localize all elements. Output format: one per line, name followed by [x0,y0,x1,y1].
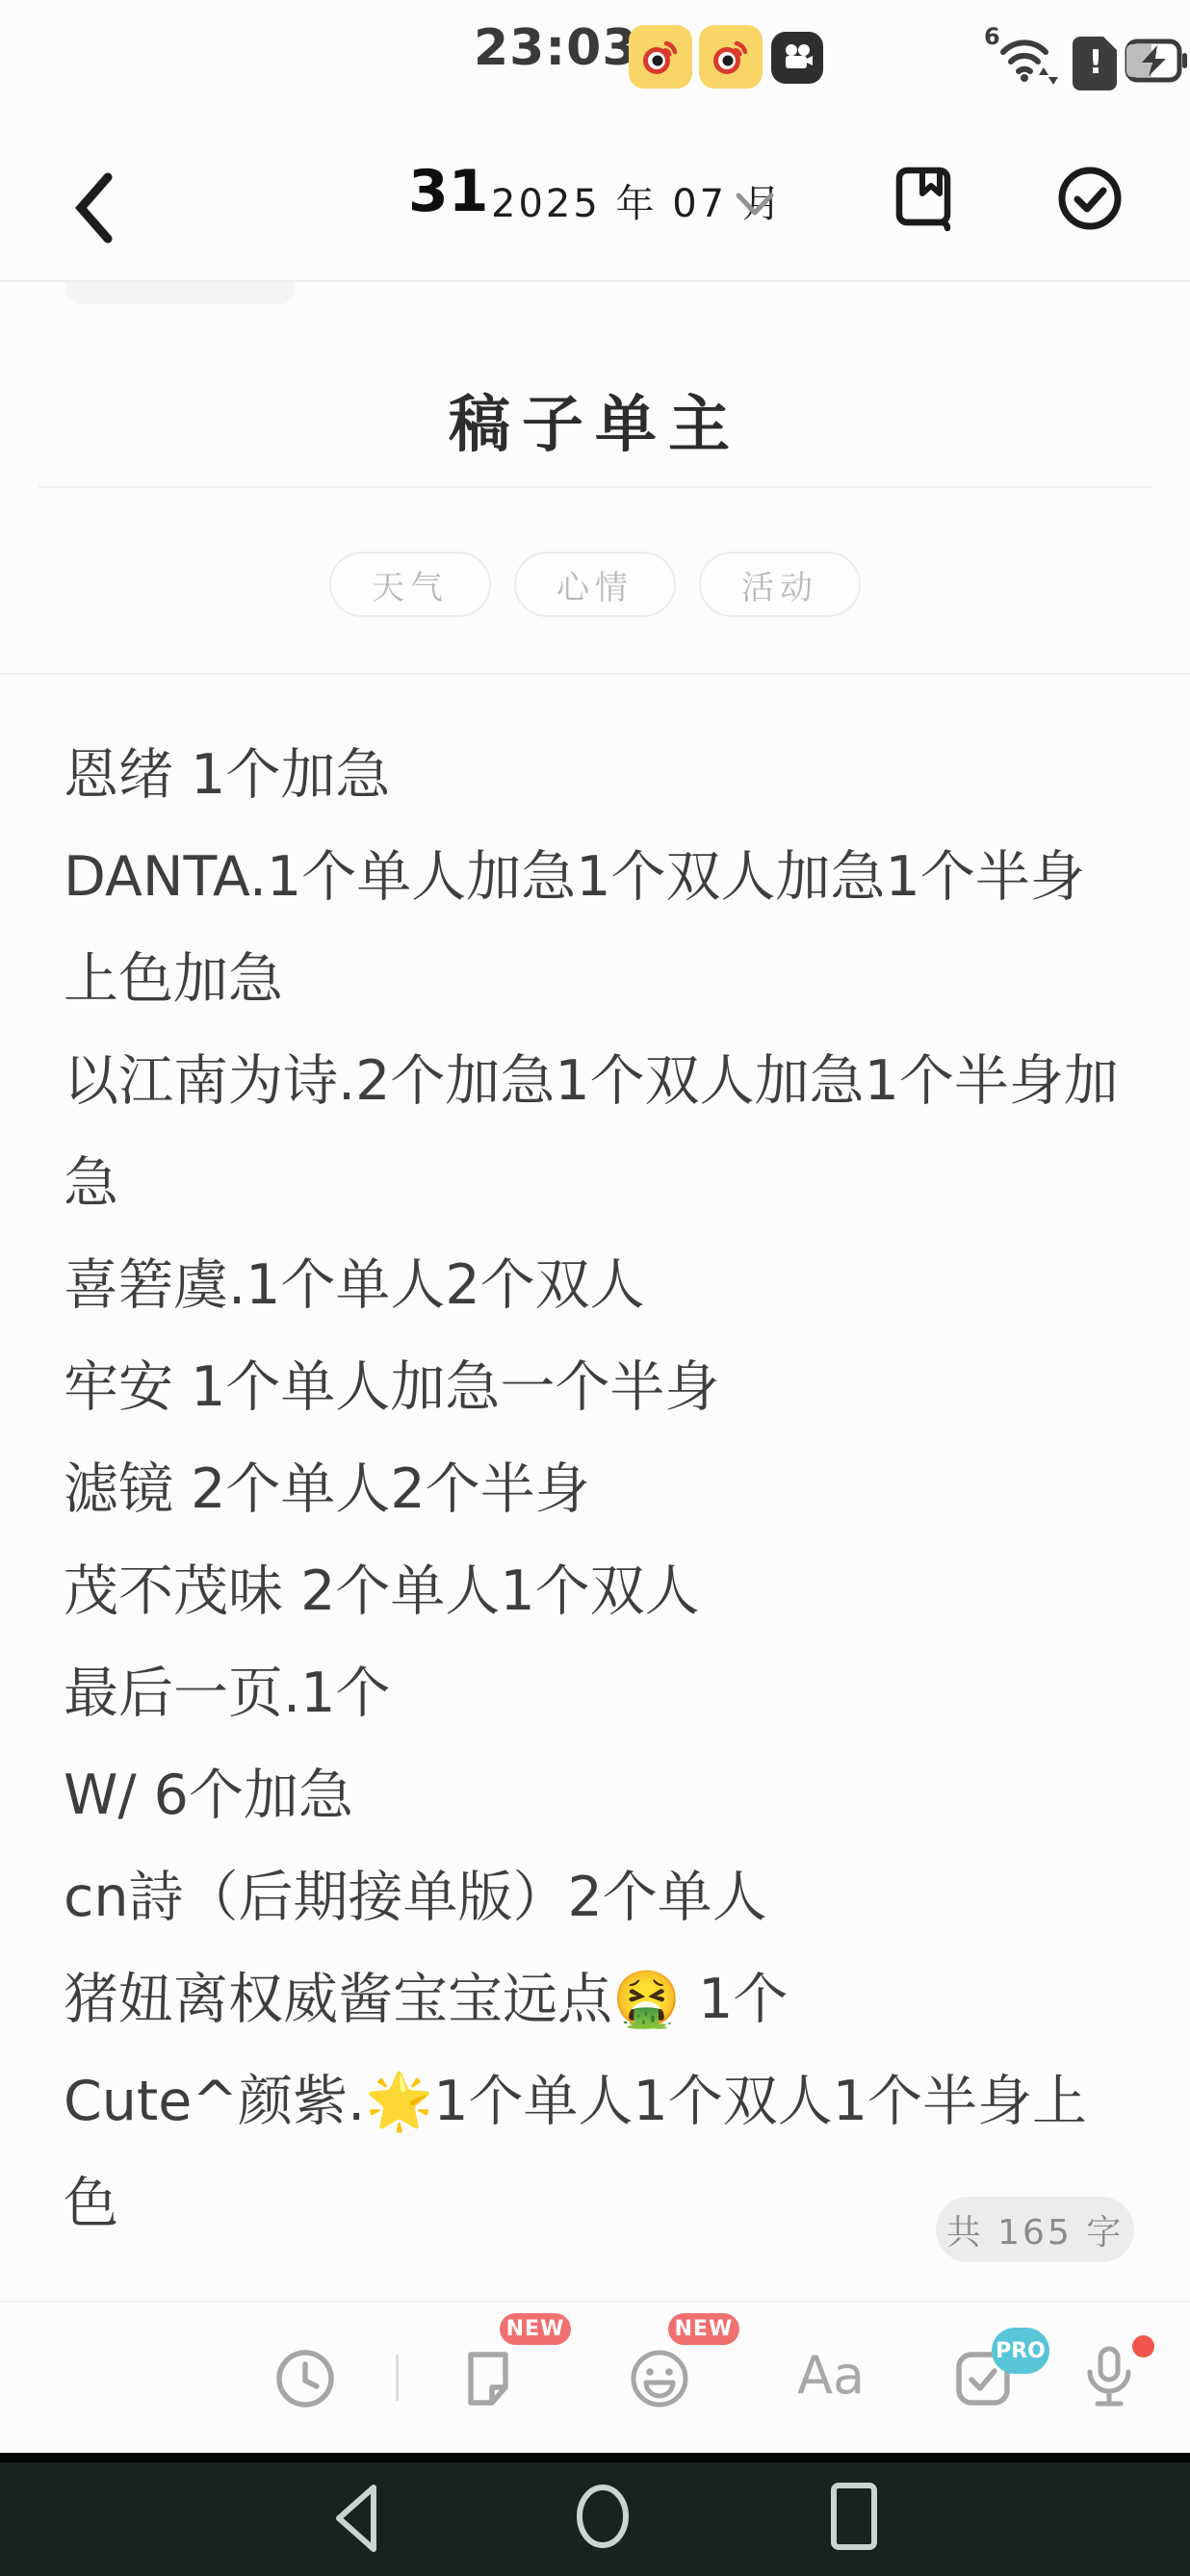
status-time: 23:03 [474,19,638,77]
done-button[interactable] [1057,166,1123,235]
note-title[interactable]: 稿子单主 [0,375,1190,464]
home-circle-icon [575,2482,631,2551]
new-badge-label: NEW [506,2317,565,2341]
note-line: 恩绪 1个加急 [64,724,1134,826]
tag-weather[interactable]: 天气 [329,552,491,617]
weibo-notification-icon [629,25,692,89]
weibo-eye-icon [637,34,684,80]
new-badge: NEW [668,2313,739,2345]
tag-weather-label: 天气 [372,561,449,608]
wifi-icon [997,29,1061,90]
template-button[interactable] [463,2351,513,2410]
toolbar-divider [0,2301,1190,2303]
title-divider [39,486,1151,488]
word-count-label: 共 165 字 [946,2205,1125,2254]
movie-camera-icon [779,39,815,76]
microphone-icon [1080,2345,1138,2412]
note-line: 茂不茂味 2个单人1个双人 [64,1540,1134,1642]
back-button[interactable] [69,171,117,245]
weibo-eye-icon [708,34,754,80]
note-line: cn詩（后期接单版）2个单人 [64,1846,1134,1948]
chevron-down-icon [736,193,774,218]
back-chevron-icon [69,171,117,245]
note-line: W/ 6个加急 [64,1744,1134,1846]
note-body[interactable]: 恩绪 1个加急 DANTA.1个单人加急1个双人加急1个半身上色加急 以江南为诗… [64,724,1134,2254]
note-line: 滤镜 2个单人2个半身 [64,1438,1134,1540]
emoji-button[interactable] [630,2349,689,2412]
note-line: 以江南为诗.2个加急1个双人加急1个半身加急 [64,1030,1134,1234]
pro-badge: PRO [992,2328,1049,2374]
android-navigation-bar-edge [0,2453,1190,2462]
scrolled-element-remnant [66,282,295,304]
note-line: 牢安 1个单人加急一个半身 [64,1336,1134,1438]
date-selector[interactable]: 31 2025 年 07 月 [404,154,789,241]
tags-divider [0,673,1190,675]
emoji-smiley-icon [630,2349,689,2409]
battery-charging-icon [1125,39,1188,87]
text-style-label: Aa [797,2345,865,2406]
tag-mood[interactable]: 心情 [514,552,676,617]
android-back-button[interactable] [329,2482,381,2559]
notification-dot [1132,2335,1154,2357]
pro-badge-label: PRO [996,2339,1046,2363]
history-clock-icon [275,2349,335,2409]
voice-input-button[interactable] [1080,2345,1138,2416]
tag-activity[interactable]: 活动 [699,552,861,617]
word-count-badge: 共 165 字 [936,2197,1134,2262]
notebook-icon [892,166,955,233]
notebook-button[interactable] [892,166,955,237]
quick-tags-row: 天气 心情 活动 [0,552,1190,617]
note-line: 猪妞离权威酱宝宝远点🤮 1个 [64,1948,1134,2050]
note-page-icon [463,2351,513,2407]
back-triangle-icon [329,2482,381,2555]
sim-alert-icon: ! [1073,35,1119,90]
phone-screen: 23:03 6 [0,0,1190,2576]
check-circle-icon [1057,166,1123,231]
note-line: DANTA.1个单人加急1个双人加急1个半身上色加急 [64,826,1134,1030]
tag-mood-label: 心情 [556,561,634,608]
text-style-button[interactable]: Aa [797,2345,865,2406]
date-day: 31 [408,158,489,225]
note-line: 喜箬虞.1个单人2个双人 [64,1234,1134,1336]
video-camera-app-notification-icon [771,32,823,84]
history-button[interactable] [275,2349,335,2412]
new-badge-label: NEW [675,2317,734,2341]
sim-alert-label: ! [1073,35,1119,90]
new-badge: NEW [500,2313,571,2345]
android-recents-button[interactable] [830,2482,878,2555]
recents-square-icon [830,2482,878,2551]
note-line: 最后一页.1个 [64,1642,1134,1744]
android-home-button[interactable] [575,2482,631,2555]
toolbar-separator [396,2355,399,2401]
weibo-notification-icon [699,25,763,89]
tag-activity-label: 活动 [741,561,818,608]
